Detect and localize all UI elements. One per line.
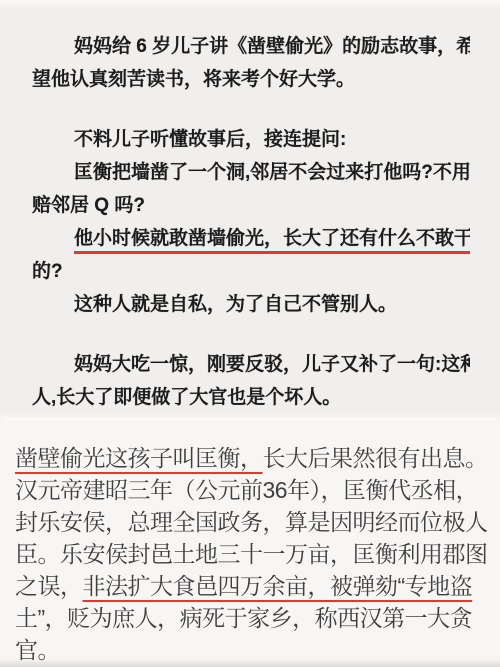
red-underline-segment: 非法扩大食邑四万余亩，被弹劾“专地盗 [83, 573, 473, 599]
article-line: 凿壁偷光这孩子叫匡衡，长大后果然很有出息。 [15, 442, 490, 474]
story-line: 不料儿子听懂故事后，接连提问: [32, 123, 470, 156]
article-card: 凿壁偷光这孩子叫匡衡，长大后果然很有出息。 汉元帝建昭三年（公元前36年），匡衡… [0, 420, 500, 667]
article-line: 臣。乐安侯封邑土地三十一万亩，匡衡利用郡图 [15, 538, 490, 570]
article-line: 官。 [15, 634, 490, 666]
story-paragraph-2: 不料儿子听懂故事后，接连提问: 匡衡把墙凿了一个洞,邻居不会过来打他吗?不用 赔… [32, 123, 470, 321]
story-line: 的? [32, 255, 470, 288]
story-line: 这种人就是自私，为了自己不管别人。 [32, 288, 470, 321]
article-line: 之误，非法扩大食邑四万余亩，被弹劾“专地盗 [15, 570, 490, 602]
red-underline-segment: 凿壁偷光这孩子叫匡衡， [15, 445, 263, 471]
story-paragraph-3: 妈妈大吃一惊，刚要反驳，儿子又补了一句:这种 人,长大了即便做了大官也是个坏人。 [32, 348, 470, 414]
story-line: 赔邻居 Q 吗? [32, 189, 470, 222]
story-line: 妈妈大吃一惊，刚要反驳，儿子又补了一句:这种 [32, 348, 470, 381]
article-text-segment: 之误， [15, 573, 83, 599]
text-page: 妈妈给 6 岁儿子讲《凿壁偷光》的励志故事，希 望他认真刻苦读书，将来考个好大学… [0, 0, 500, 667]
story-section: 妈妈给 6 岁儿子讲《凿壁偷光》的励志故事，希 望他认真刻苦读书，将来考个好大学… [0, 0, 500, 414]
story-line: 匡衡把墙凿了一个洞,邻居不会过来打他吗?不用 [32, 156, 470, 189]
story-line: 妈妈给 6 岁儿子讲《凿壁偷光》的励志故事，希 [32, 30, 470, 63]
story-line: 人,长大了即便做了大官也是个坏人。 [32, 381, 470, 414]
article-line: 汉元帝建昭三年（公元前36年），匡衡代丞相， [15, 474, 490, 506]
article-text-segment: 长大后果然很有出息。 [263, 445, 488, 471]
story-line-underlined: 他小时候就敢凿墙偷光，长大了还有什么不敢干 [32, 222, 470, 255]
story-line: 望他认真刻苦读书，将来考个好大学。 [32, 63, 470, 96]
red-underline-segment: 他小时候就敢凿墙偷光，长大了还有什么不敢干 [74, 228, 470, 249]
story-paragraph-1: 妈妈给 6 岁儿子讲《凿壁偷光》的励志故事，希 望他认真刻苦读书，将来考个好大学… [32, 30, 470, 96]
article-line: 土”，贬为庶人，病死于家乡，称西汉第一大贪 [15, 602, 490, 634]
article-line: 封乐安侯，总理全国政务，算是因明经而位极人 [15, 506, 490, 538]
screenshot-root: { "colors": { "background": "#f1efed", "… [0, 0, 500, 667]
